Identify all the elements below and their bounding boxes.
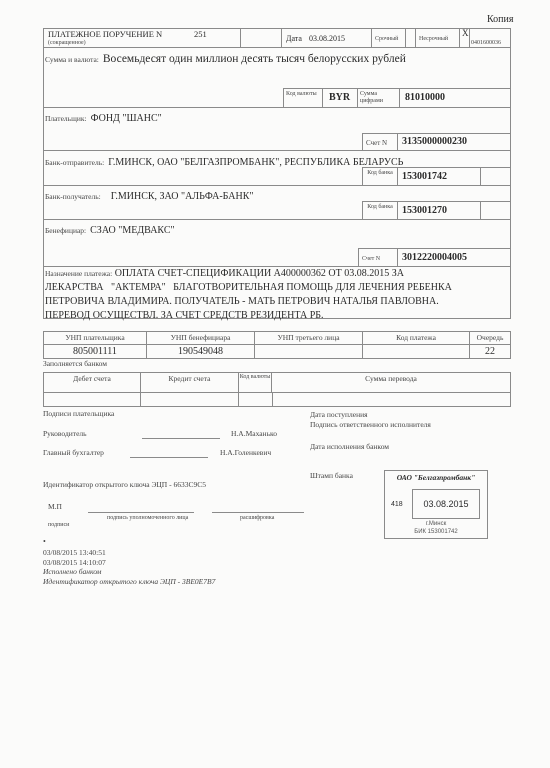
form-code-cell: 0401600036	[469, 28, 511, 48]
timestamp: 03/08/2015 14:10:07	[43, 558, 215, 568]
payer-section: Плательщик: ФОНД "ШАНС"	[45, 108, 162, 126]
amount-section: Сумма и валюта: Восемьдесят один миллион…	[45, 49, 406, 67]
unp-table: УНП плательщика УНП бенефициара УНП трет…	[43, 331, 511, 359]
purpose-line: ПЕРЕВОД ОСУЩЕСТВЛ. ЗА СЧЕТ СРЕДСТВ РЕЗИД…	[45, 309, 507, 323]
decode-label: расшифровка	[240, 515, 274, 522]
date-value: 03.08.2015	[309, 34, 345, 43]
table-header: Кредит счета	[141, 373, 239, 392]
copy-label: Копия	[487, 14, 513, 25]
receiver-bank-code: 153001270	[402, 205, 447, 216]
sender-bank-code-label: Код банка	[363, 170, 397, 177]
signature-label: подписи	[48, 522, 69, 529]
table-cell	[239, 393, 273, 406]
purpose-line: ПЕТРОВИЧА ВЛАДИМИРА. ПОЛУЧАТЕЛЬ - МАТЬ П…	[45, 295, 507, 309]
stamp-branch: 418	[391, 501, 403, 508]
table-cell: 190549048	[147, 345, 255, 358]
table-cell	[273, 393, 510, 406]
stamp-bank-name: ОАО "Белгазпромбанк"	[385, 473, 487, 482]
date-cell: Дата 03.08.2015	[281, 28, 372, 48]
urgent-cell: Срочный	[371, 28, 406, 48]
accountant-name: Н.А.Голенкевич	[220, 449, 271, 457]
receiver-bank-label: Банк-получатель:	[45, 192, 101, 201]
bank-fill-label: Заполняется банком	[43, 360, 107, 368]
payer-account-label: Счет N	[366, 139, 387, 147]
table-cell	[141, 393, 239, 406]
table-cell	[255, 345, 363, 358]
table-cell	[44, 393, 141, 406]
footer-bullet: •	[43, 538, 46, 546]
currency-code-label: Код валюты	[286, 91, 322, 98]
sender-bank-section: Банк-отправитель: Г.МИНСК, ОАО "БЕЛГАЗПР…	[45, 152, 403, 170]
non-urgent-label: Несрочный	[419, 36, 448, 43]
unp-header-row: УНП плательщика УНП бенефициара УНП трет…	[43, 331, 511, 344]
table-header: Сумма перевода	[272, 373, 510, 392]
table-header: УНП плательщика	[44, 332, 147, 344]
payer-name: ФОНД "ШАНС"	[91, 113, 162, 124]
table-header: Очередь	[470, 332, 510, 344]
timestamp: 03/08/2015 13:40:51	[43, 548, 215, 558]
non-urgent-mark: X	[462, 28, 469, 38]
bank-stamp: ОАО "Белгазпромбанк" 418 03.08.2015 г.Ми…	[384, 470, 488, 539]
stamp-bik: БИК 153001742	[385, 529, 487, 535]
beneficiary-account-label: Счет N	[362, 256, 380, 263]
document-subtitle: (сокращенное)	[48, 40, 86, 47]
director-signature-line	[142, 438, 220, 439]
sender-bank-name: Г.МИНСК, ОАО "БЕЛГАЗПРОМБАНК", РЕСПУБЛИК…	[108, 157, 403, 168]
form-code: 0401600036	[471, 40, 501, 47]
payment-purpose: Назначение платежа: ОПЛАТА СЧЕТ-СПЕЦИФИК…	[45, 267, 507, 323]
table-header: УНП третьего лица	[255, 332, 363, 344]
purpose-line: ЛЕКАРСТВА "АКТЕМРА" БЛАГОТВОРИТЕЛЬНАЯ ПО…	[45, 281, 507, 295]
sender-bank-code: 153001742	[402, 171, 447, 182]
executed-by-bank: Исполнено банком	[43, 567, 215, 577]
currency-code: BYR	[329, 92, 350, 103]
bank-fill-header-row: Дебет счета Кредит счета Код валюты Сумм…	[43, 372, 511, 392]
date-label: Дата	[286, 34, 302, 43]
bank-fill-value-row	[43, 392, 511, 407]
table-header: УНП бенефициара	[147, 332, 255, 344]
mp-label: М.П	[48, 503, 62, 511]
urgent-label: Срочный	[375, 36, 398, 43]
payer-label: Плательщик:	[45, 114, 87, 123]
beneficiary-label: Бенефициар:	[45, 226, 86, 235]
receiver-bank-code-label: Код банка	[363, 204, 397, 211]
executor-signature-label: Подпись ответственного исполнителя	[310, 421, 431, 429]
amount-digits: 81010000	[405, 92, 445, 103]
beneficiary-section: Бенефициар: СЗАО "МЕДВАКС"	[45, 220, 175, 238]
table-cell: 22	[470, 345, 510, 358]
purpose-line: ОПЛАТА СЧЕТ-СПЕЦИФИКАЦИИ А400000362 ОТ 0…	[115, 268, 404, 279]
payer-key-id: Идентификатор открытого ключа ЭЦП - 6633…	[43, 481, 206, 489]
authorized-signature-label: подпись уполномоченного лица	[107, 515, 188, 522]
table-header: Код платежа	[363, 332, 470, 344]
stamp-label: Штамп банка	[310, 472, 353, 480]
amount-words: Восемьдесят один миллион десять тысяч бе…	[103, 53, 406, 65]
receiver-bank-name: Г.МИНСК, ЗАО "АЛЬФА-БАНК"	[111, 191, 254, 202]
sender-bank-label: Банк-отправитель:	[45, 158, 104, 167]
unp-value-row: 805001111 190549048 22	[43, 344, 511, 359]
table-cell	[363, 345, 470, 358]
beneficiary-name: СЗАО "МЕДВАКС"	[90, 225, 174, 236]
non-urgent-cell: Несрочный	[415, 28, 460, 48]
amount-digits-label: Сумма цифрами	[360, 91, 396, 105]
director-label: Руководитель	[43, 430, 87, 438]
execution-date-label: Дата исполнения банком	[310, 443, 389, 451]
receiver-bank-section: Банк-получатель: Г.МИНСК, ЗАО "АЛЬФА-БАН…	[45, 186, 253, 204]
table-cell: 805001111	[44, 345, 147, 358]
table-header: Код валюты	[239, 373, 272, 392]
footer-block: 03/08/2015 13:40:51 03/08/2015 14:10:07 …	[43, 548, 215, 586]
document-number: 251	[194, 29, 207, 39]
director-name: Н.А.Маханько	[231, 430, 277, 438]
bank-key-id: Идентификатор открытого ключа ЭЦП - 3BE0…	[43, 577, 215, 587]
purpose-label: Назначение платежа:	[45, 269, 112, 278]
stamp-date: 03.08.2015	[412, 489, 480, 519]
stamp-city: г.Минск	[385, 521, 487, 527]
accountant-label: Главный бухгалтер	[43, 449, 104, 457]
signatures-title: Подписи плательщика	[43, 410, 114, 418]
table-header: Дебет счета	[44, 373, 141, 392]
receipt-date-label: Дата поступления	[310, 411, 368, 419]
amount-label: Сумма и валюта:	[45, 55, 99, 64]
header-title-cell: ПЛАТЕЖНОЕ ПОРУЧЕНИЕ N 251 (сокращенное)	[43, 28, 241, 48]
beneficiary-account: 3012220004005	[402, 252, 467, 263]
accountant-signature-line	[130, 457, 208, 458]
document-title: ПЛАТЕЖНОЕ ПОРУЧЕНИЕ N	[48, 29, 162, 39]
payer-account: 3135000000230	[402, 136, 467, 147]
bank-fill-table: Дебет счета Кредит счета Код валюты Сумм…	[43, 372, 511, 407]
